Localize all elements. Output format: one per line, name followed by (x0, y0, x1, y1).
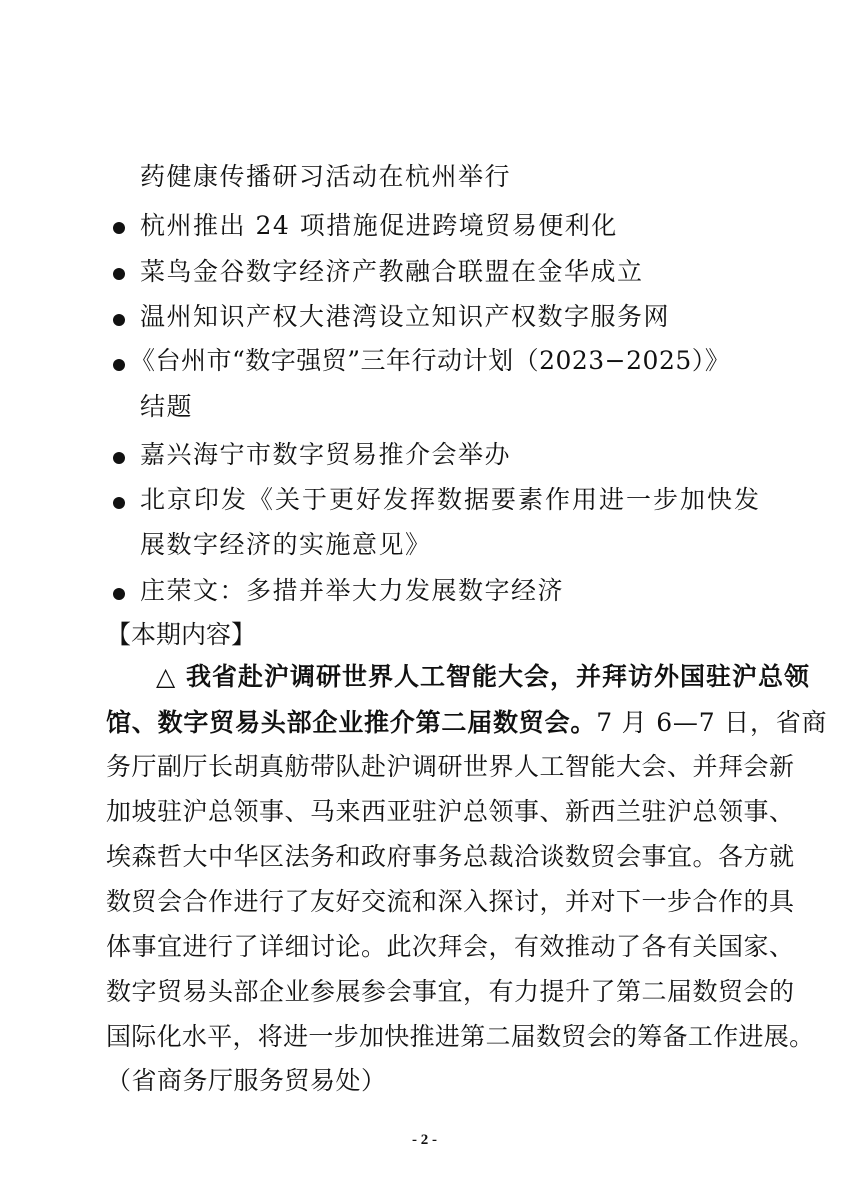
list-item-text: 《台州市“数字强贸”三年行动计划（2023−2025）》 (130, 346, 730, 376)
list-item-text: 温州知识产权大港湾设立知识产权数字服务网 (140, 302, 670, 332)
bullet-icon (113, 222, 125, 234)
list-item-text: 展数字经济的实施意见》 (140, 530, 432, 560)
bullet-icon (113, 588, 125, 600)
article-body: 国际化水平，将进一步加快推进第二届数贸会的筹备工作进展。 (106, 1022, 814, 1052)
article-source: （省商务厅服务贸易处） (106, 1066, 387, 1096)
bullet-icon (113, 268, 125, 280)
bullet-icon (113, 314, 125, 326)
list-item-text: 杭州推出 24 项措施促进跨境贸易便利化 (140, 211, 618, 241)
page-number: - 2 - (0, 1132, 849, 1149)
bullet-icon (113, 452, 125, 464)
article-body: 7 月 6—7 日，省商 (596, 708, 827, 737)
section-heading: 【本期内容】 (106, 620, 256, 650)
article-body: 体事宜进行了详细讨论。此次拜会，有效推动了各有关国家、 (106, 932, 795, 962)
list-item-text: 结题 (140, 392, 193, 422)
article-body: 数字贸易头部企业参展参会事宜，有力提升了第二届数贸会的 (106, 977, 795, 1007)
article-body: 加坡驻沪总领事、马来西亚驻沪总领事、新西兰驻沪总领事、 (106, 797, 795, 827)
article-body: 务厅副厅长胡真舫带队赴沪调研世界人工智能大会、并拜会新 (106, 752, 795, 782)
bullet-icon (113, 359, 125, 371)
article-body: 数贸会合作进行了友好交流和深入探讨，并对下一步合作的具 (106, 887, 795, 917)
bullet-icon (113, 497, 125, 509)
article-body: 埃森哲大中华区法务和政府事务总裁洽谈数贸会事宜。各方就 (106, 842, 795, 872)
triangle-icon: △ (156, 662, 176, 691)
document-page: 药健康传播研习活动在杭州举行 杭州推出 24 项措施促进跨境贸易便利化 菜鸟金谷… (0, 0, 849, 1200)
list-item-text: 北京印发《关于更好发挥数据要素作用进一步加快发 (140, 485, 761, 515)
article-title: 我省赴沪调研世界人工智能大会，并拜访外国驻沪总领 (186, 662, 810, 691)
list-item-continuation: 药健康传播研习活动在杭州举行 (140, 162, 511, 192)
list-item-text: 庄荣文：多措并举大力发展数字经济 (140, 576, 564, 606)
list-item-text: 菜鸟金谷数字经济产教融合联盟在金华成立 (140, 257, 644, 287)
list-item-text: 嘉兴海宁市数字贸易推介会举办 (140, 440, 511, 470)
article-title: 馆、数字贸易头部企业推介第二届数贸会。 (106, 708, 596, 737)
